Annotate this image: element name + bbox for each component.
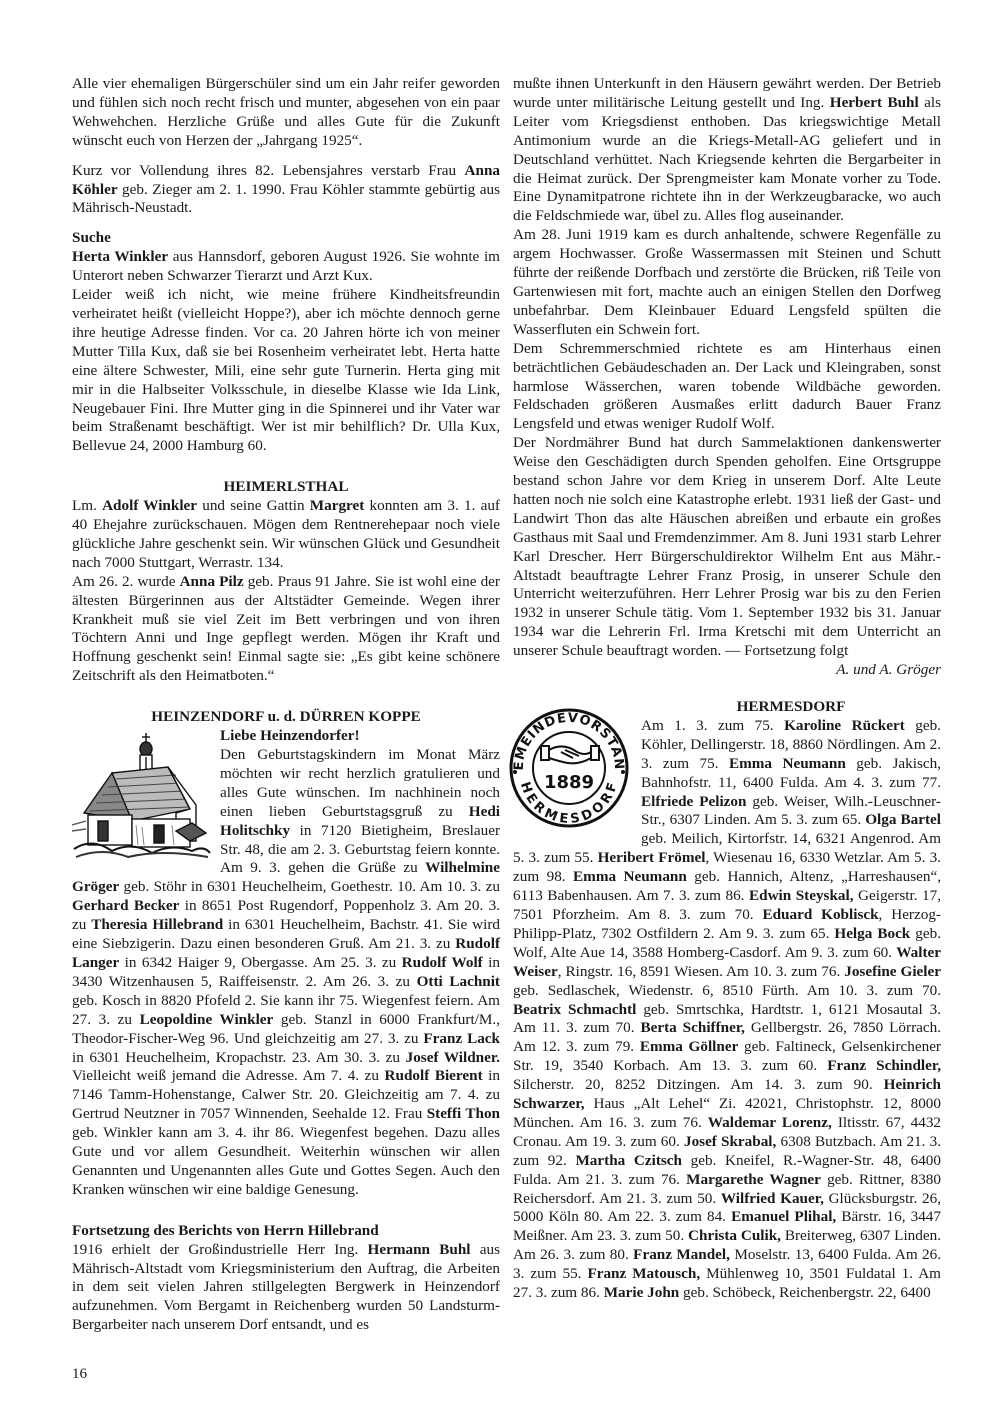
person-name: Gerhard Becker: [72, 897, 179, 914]
text-segment: Am 1. 3. zum 75.: [641, 717, 784, 734]
text-segment: Den Geburtstagskindern im Monat März möc…: [220, 746, 500, 820]
report-continuation-2: Am 28. Juni 1919 kam es durch anhaltende…: [513, 226, 941, 339]
person-name: Olga Bartel: [865, 811, 941, 828]
person-name: Waldemar Lorenz,: [708, 1114, 832, 1131]
page-number: 16: [72, 1366, 87, 1383]
section-heading-heinzendorf: HEINZENDORF u. d. DÜRREN KOPPE: [72, 708, 500, 727]
report-paragraph: 1916 erhielt der Großindustrielle Herr I…: [72, 1241, 500, 1336]
report-continuation-1: mußte ihnen Unterkunft in den Häusern ge…: [513, 75, 941, 226]
search-name: Herta Winkler: [72, 248, 168, 265]
svg-text:1889: 1889: [544, 772, 594, 793]
person-name: Heribert Frömel: [598, 849, 706, 866]
person-name: Elfriede Pelizon: [641, 793, 746, 810]
person-name: Emma Göllner: [640, 1038, 739, 1055]
person-name: Emma Neumann: [729, 755, 846, 772]
person-name: Josefine Gieler: [844, 963, 941, 980]
search-title: Suche: [72, 229, 500, 248]
person-name: Franz Matousch,: [587, 1265, 700, 1282]
report-continuation-3: Dem Schremmerschmied richtete es am Hint…: [513, 340, 941, 435]
section-heading-heimerlsthal: HEIMERLSTHAL: [72, 478, 500, 497]
heimerlsthal-paragraph-1: Lm. Adolf Winkler und seine Gattin Margr…: [72, 497, 500, 573]
person-name: Marie John: [604, 1284, 680, 1301]
intro-paragraph: Alle vier ehemaligen Bürgerschüler sind …: [72, 75, 500, 151]
text-segment: geb. Stöhr in 6301 Heuchelheim, Goethest…: [119, 878, 500, 895]
hermesdorf-section: GEMEINDEVORSTAND HERMESDORF 1889 HERMESD…: [513, 698, 941, 1303]
person-name: Otti Lachnit: [417, 973, 500, 990]
person-name: Josef Skrabal,: [684, 1133, 776, 1150]
person-name: Emanuel Plihal,: [731, 1208, 836, 1225]
person-name: Theresia Hillebrand: [91, 916, 223, 933]
heimerlsthal-paragraph-2: Am 26. 2. wurde Anna Pilz geb. Praus 91 …: [72, 573, 500, 686]
person-name: Edwin Steyskal,: [749, 887, 854, 904]
text-segment: in 6342 Haiger 9, Obergasse. Am 25. 3. z…: [119, 954, 401, 971]
search-body: Leider weiß ich nicht, wie meine frühere…: [72, 286, 500, 456]
person-name: Emma Neumann: [573, 868, 687, 885]
person-name: Franz Mandel,: [633, 1246, 730, 1263]
municipal-seal-icon: GEMEINDEVORSTAND HERMESDORF 1889: [505, 702, 633, 834]
text-segment: geb. Winkler kann am 3. 4. ihr 86. Wiege…: [72, 1124, 500, 1198]
person-name: Helga Bock: [834, 925, 910, 942]
person-name: Rudolf Wolf: [402, 954, 483, 971]
person-name: Leopoldine Winkler: [140, 1011, 274, 1028]
heinzendorf-section: Liebe Heinzendorfer! Den Geburtstagskind…: [72, 727, 500, 1200]
person-name: Karoline Rückert: [784, 717, 905, 734]
person-name: Eduard Koblisck: [762, 906, 878, 923]
report-continuation-4: Der Nordmährer Bund hat durch Sammelakti…: [513, 434, 941, 661]
person-name: Steffi Thon: [427, 1105, 500, 1122]
person-name: Josef Wildner.: [406, 1049, 500, 1066]
right-column: mußte ihnen Unterkunft in den Häusern ge…: [513, 75, 941, 1303]
text-segment: Vielleicht weiß jemand die Adresse. Am 7…: [72, 1067, 385, 1084]
left-column: Alle vier ehemaligen Bürgerschüler sind …: [72, 75, 500, 1335]
text-segment: Silcherstr. 20, 8252 Ditzingen. Am 14. 3…: [513, 1076, 884, 1093]
person-name: Martha Czitsch: [575, 1152, 682, 1169]
text-segment: in 6301 Heuchelheim, Kropachstr. 23. Am …: [72, 1049, 406, 1066]
person-name: Rudolf Bierent: [385, 1067, 483, 1084]
person-name: Berta Schiffner,: [640, 1019, 745, 1036]
obituary-paragraph: Kurz vor Vollendung ihres 82. Lebensjahr…: [72, 162, 500, 219]
person-name: Beatrix Schmachtl: [513, 1001, 636, 1018]
chapel-illustration-icon: [72, 729, 212, 861]
person-name: Franz Lack: [423, 1030, 500, 1047]
author-signature: A. und A. Gröger: [836, 661, 941, 680]
report-heading: Fortsetzung des Berichts von Herrn Hille…: [72, 1222, 500, 1241]
person-name: Christa Culik,: [688, 1227, 781, 1244]
text-segment: , Ringstr. 16, 8591 Wiesen. Am 10. 3. zu…: [558, 963, 845, 980]
text-segment: geb. Sedlaschek, Wiedenstr. 6, 8510 Fürt…: [513, 982, 941, 999]
person-name: Margarethe Wagner: [686, 1171, 821, 1188]
text-segment: geb. Schöbeck, Reichenbergstr. 22, 6400: [679, 1284, 931, 1301]
person-name: Wilfried Kauer,: [721, 1190, 824, 1207]
person-name: Franz Schindler,: [827, 1057, 941, 1074]
search-lead: Herta Winkler aus Hannsdorf, geboren Aug…: [72, 248, 500, 286]
